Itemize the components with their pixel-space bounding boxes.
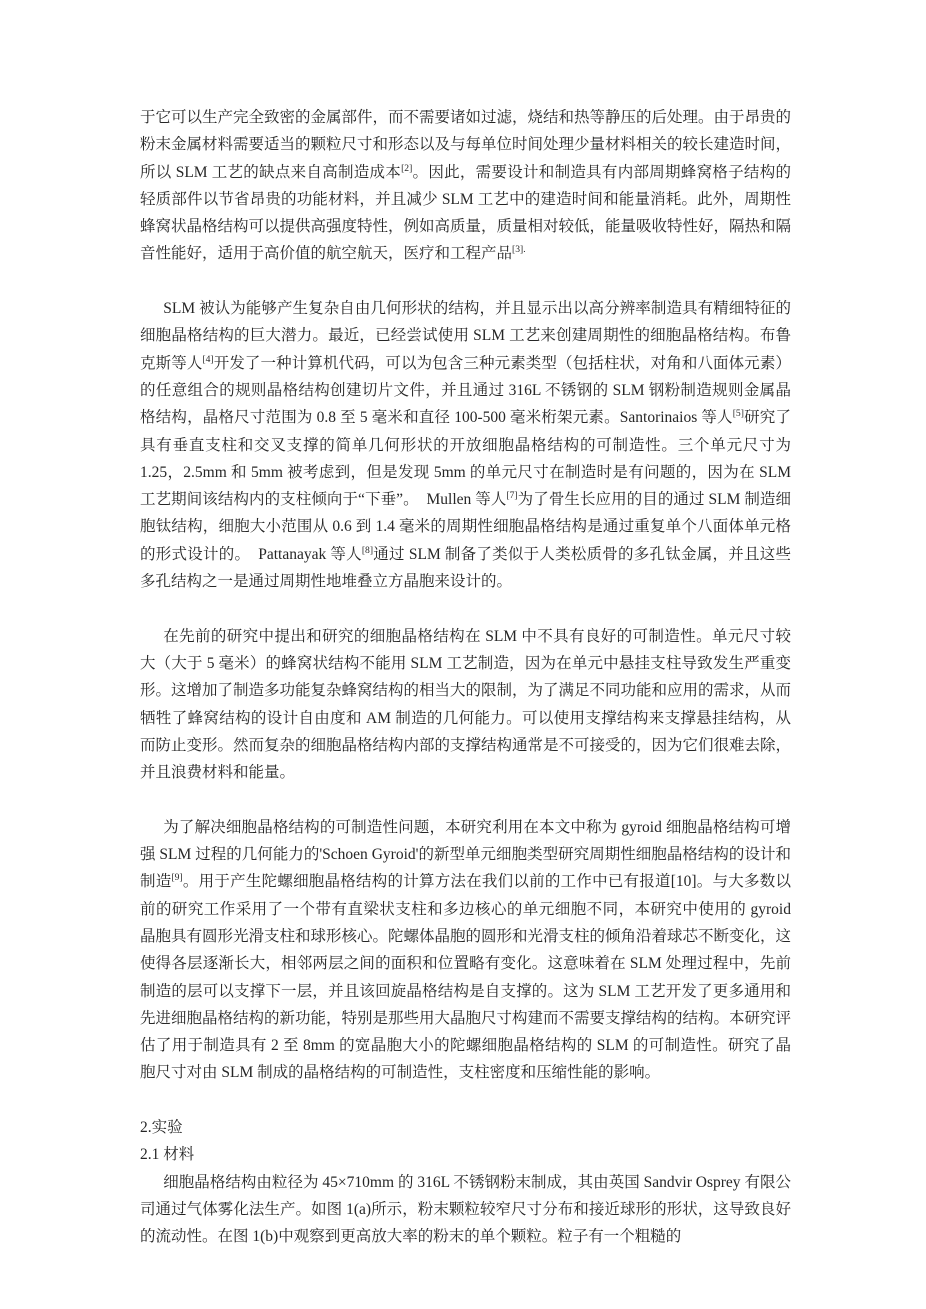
citation-superscript: [3].: [512, 244, 526, 255]
text-run: 2.1 材料: [140, 1146, 194, 1163]
text-run: 2.实验: [140, 1119, 183, 1136]
text-run: 细胞晶格结构由粒径为 45×710mm 的 316L 不锈钢粉末制成，其由英国 …: [140, 1174, 791, 1246]
paragraph: SLM 被认为能够产生复杂自由几何形状的结构，并且显示出以高分辨率制造具有精细特…: [140, 295, 791, 595]
text-run: 开发了一种计算机代码，可以为包含三种元素类型（包括柱状，对角和八面体元素）的任意…: [140, 355, 791, 427]
text-run: 在先前的研究中提出和研究的细胞晶格结构在 SLM 中不具有良好的可制造性。单元尺…: [140, 628, 791, 781]
citation-superscript: [4]: [202, 354, 213, 365]
section-heading: 2.1 材料: [140, 1141, 791, 1168]
citation-superscript: [7]: [506, 490, 517, 501]
citation-superscript: [9]: [171, 872, 182, 883]
paragraph: 在先前的研究中提出和研究的细胞晶格结构在 SLM 中不具有良好的可制造性。单元尺…: [140, 623, 791, 787]
text-run: 。用于产生陀螺细胞晶格结构的计算方法在我们以前的工作中已有报道[10]。与大多数…: [140, 873, 791, 1081]
citation-superscript: [2]: [401, 162, 412, 173]
section-heading: 2.实验: [140, 1114, 791, 1141]
citation-superscript: [5]: [733, 408, 744, 419]
citation-superscript: [8]: [362, 545, 373, 556]
document-body: 于它可以生产完全致密的金属部件，而不需要诸如过滤，烧结和热等静压的后处理。由于昂…: [140, 104, 791, 1250]
paragraph: 细胞晶格结构由粒径为 45×710mm 的 316L 不锈钢粉末制成，其由英国 …: [140, 1169, 791, 1251]
paragraph: 为了解决细胞晶格结构的可制造性问题，本研究利用在本文中称为 gyroid 细胞晶…: [140, 814, 791, 1087]
paragraph: 于它可以生产完全致密的金属部件，而不需要诸如过滤，烧结和热等静压的后处理。由于昂…: [140, 104, 791, 268]
document-page: 于它可以生产完全致密的金属部件，而不需要诸如过滤，烧结和热等静压的后处理。由于昂…: [0, 0, 926, 1309]
